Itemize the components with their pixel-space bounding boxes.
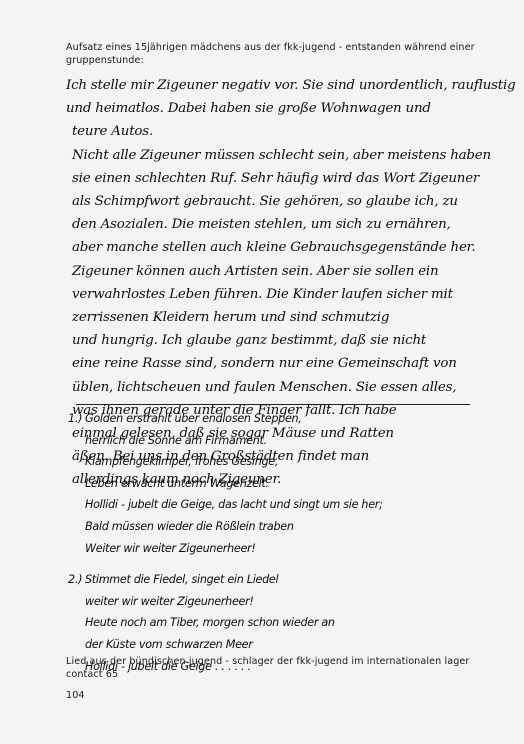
essay-line: Nicht alle Zigeuner müssen schlecht sein… [66, 144, 496, 167]
verse-line: herrlich die Sonne am Firmament. [68, 430, 488, 452]
essay-line: den Asozialen. Die meisten stehlen, um s… [66, 213, 496, 236]
verse-number: 1.) [68, 408, 85, 430]
section-divider [76, 404, 470, 405]
verse-line: Weiter wir weiter Zigeunerheer! [68, 538, 488, 560]
caption-line-2: contact 65 [66, 668, 486, 681]
essay-line: als Schimpfwort gebraucht. Sie gehören, … [66, 190, 496, 213]
verse-line: Heute noch am Tiber, morgen schon wieder… [68, 612, 488, 634]
essay-line: üblen, lichtscheuen und faulen Menschen.… [66, 376, 496, 399]
page-number: 104 [66, 689, 85, 702]
verse-line: 1.)Golden erstrahlt über endlosen Steppe… [68, 408, 488, 430]
verse-line: der Küste vom schwarzen Meer [68, 634, 488, 656]
verse-1: 1.)Golden erstrahlt über endlosen Steppe… [68, 408, 488, 559]
verse-line: weiter wir weiter Zigeunerheer! [68, 591, 488, 613]
essay-line: Ich stelle mir Zigeuner negativ vor. Sie… [66, 74, 496, 97]
verse-line: Klampfengeklimper, frohes Gesinge, [68, 451, 488, 473]
handwritten-song-lyrics: 1.)Golden erstrahlt über endlosen Steppe… [68, 408, 488, 677]
verse-line: Bald müssen wieder die Rößlein traben [68, 516, 488, 538]
verse-number: 2.) [68, 569, 85, 591]
essay-line: zerrissenen Kleidern herum und sind schm… [66, 306, 496, 329]
essay-line: verwahrlostes Leben führen. Die Kinder l… [66, 283, 496, 306]
caption-line-1: Lied aus der bündischen jugend - schlage… [66, 655, 486, 668]
essay-introduction: Aufsatz eines 15jährigen mädchens aus de… [66, 41, 486, 67]
song-caption: Lied aus der bündischen jugend - schlage… [66, 655, 486, 681]
intro-line-2: gruppenstunde: [66, 54, 486, 67]
essay-line: teure Autos. [66, 120, 496, 143]
essay-line: und hungrig. Ich glaube ganz bestimmt, d… [66, 329, 496, 352]
verse-line: Hollidi - jubelt die Geige, das lacht un… [68, 494, 488, 516]
verse-line-text: Golden erstrahlt über endlosen Steppen, [85, 412, 302, 425]
intro-line-1: Aufsatz eines 15jährigen mädchens aus de… [66, 41, 486, 54]
verse-line: Leben erwacht unterm Wagenzelt. [68, 473, 488, 495]
essay-line: eine reine Rasse sind, sondern nur eine … [66, 352, 496, 375]
essay-line: und heimatlos. Dabei haben sie große Woh… [66, 97, 496, 120]
verse-line-text: Stimmet die Fiedel, singet ein Liedel [85, 573, 278, 586]
essay-line: Zigeuner können auch Artisten sein. Aber… [66, 260, 496, 283]
essay-line: sie einen schlechten Ruf. Sehr häufig wi… [66, 167, 496, 190]
verse-line: 2.)Stimmet die Fiedel, singet ein Liedel [68, 569, 488, 591]
essay-line: aber manche stellen auch kleine Gebrauch… [66, 236, 496, 259]
